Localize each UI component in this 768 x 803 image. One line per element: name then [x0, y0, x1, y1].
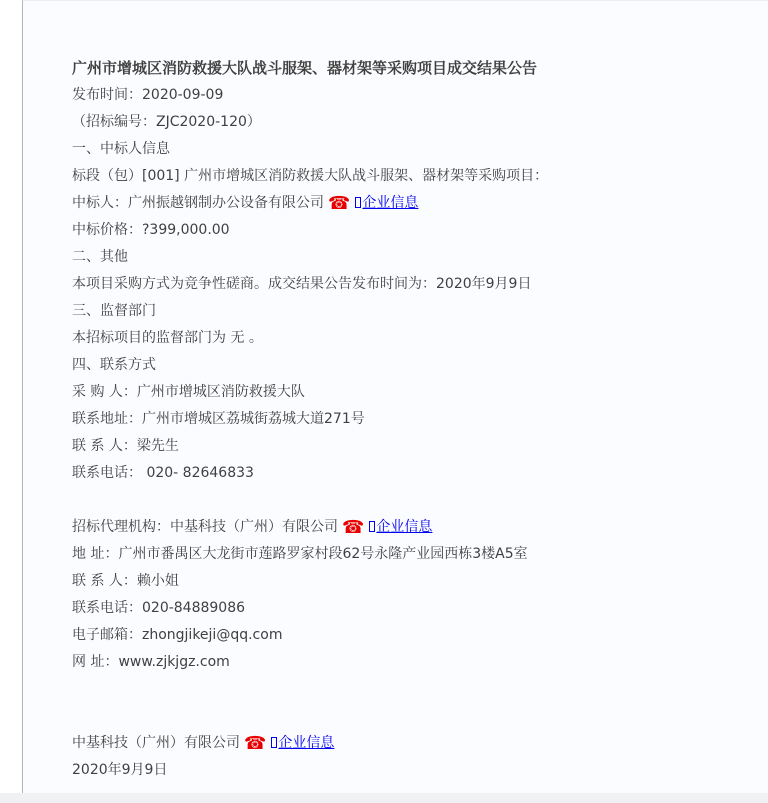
section1-heading: 一、中标人信息 [72, 136, 744, 163]
agency-phone: 联系电话：020-84889086 [72, 595, 744, 622]
agency-line: 招标代理机构：中基科技（广州）有限公司☎企业信息 [72, 514, 744, 541]
section2-heading: 二、其他 [72, 244, 744, 271]
page-title: 广州市增城区消防救援大队战斗服架、器材架等采购项目成交结果公告 [72, 55, 744, 82]
missing-glyph-box-icon [271, 737, 277, 748]
purchaser-contact: 联 系 人：梁先生 [72, 433, 744, 460]
phone-icon[interactable]: ☎ [328, 195, 350, 213]
footer-company-line: 中基科技（广州）有限公司☎企业信息 [72, 730, 744, 757]
winner-prefix: 中标人：广州振越钢制办公设备有限公司 [72, 195, 324, 211]
horizontal-scrollbar[interactable] [0, 793, 768, 803]
section2-body: 本项目采购方式为竞争性磋商。成交结果公告发布时间为：2020年9月9日 [72, 271, 744, 298]
winner-company-info-link[interactable]: 企业信息 [362, 195, 418, 211]
footer-company-info-link[interactable]: 企业信息 [278, 735, 334, 751]
purchaser-address: 联系地址：广州市增城区荔城街荔城大道271号 [72, 406, 744, 433]
section4-heading: 四、联系方式 [72, 352, 744, 379]
section3-heading: 三、监督部门 [72, 298, 744, 325]
publish-time: 发布时间：2020-09-09 [72, 82, 744, 109]
spacer-line [72, 487, 744, 514]
purchaser-name: 采 购 人：广州市增城区消防救援大队 [72, 379, 744, 406]
winning-price: 中标价格：?399,000.00 [72, 217, 744, 244]
agency-website: 网 址：www.zjkjgz.com [72, 649, 744, 676]
tender-number: （招标编号：ZJC2020-120） [72, 109, 744, 136]
announcement-page: 广州市增城区消防救援大队战斗服架、器材架等采购项目成交结果公告 发布时间：202… [0, 0, 768, 803]
purchaser-phone: 联系电话： 020- 82646833 [72, 460, 744, 487]
missing-glyph-box-icon [369, 521, 375, 532]
package-line: 标段（包）[001] 广州市增城区消防救援大队战斗服架、器材架等采购项目： [72, 163, 744, 190]
agency-prefix: 招标代理机构：中基科技（广州）有限公司 [72, 519, 338, 535]
agency-company-info-link[interactable]: 企业信息 [376, 519, 432, 535]
agency-email: 电子邮箱：zhongjikeji@qq.com [72, 622, 744, 649]
section3-body: 本招标项目的监督部门为 无 。 [72, 325, 744, 352]
agency-address: 地 址：广州市番禺区大龙街市莲路罗家村段62号永隆产业园西栋3楼A5室 [72, 541, 744, 568]
phone-icon[interactable]: ☎ [342, 519, 364, 537]
footer-date: 2020年9月9日 [72, 757, 744, 784]
spacer-line [72, 676, 744, 703]
announcement-content: 广州市增城区消防救援大队战斗服架、器材架等采购项目成交结果公告 发布时间：202… [22, 0, 768, 793]
agency-contact: 联 系 人：赖小姐 [72, 568, 744, 595]
phone-icon[interactable]: ☎ [244, 735, 266, 753]
footer-company: 中基科技（广州）有限公司 [72, 735, 240, 751]
spacer-line [72, 703, 744, 730]
winner-line: 中标人：广州振越钢制办公设备有限公司☎企业信息 [72, 190, 744, 217]
missing-glyph-box-icon [355, 197, 361, 208]
